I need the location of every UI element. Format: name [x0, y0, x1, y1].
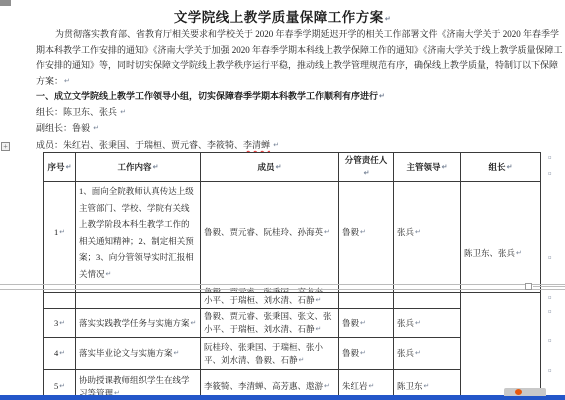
table-cell: 鲁毅: [339, 309, 394, 338]
column-header: 序号: [44, 153, 76, 182]
column-header: 成员: [201, 153, 339, 182]
table-cell: 4: [44, 338, 76, 370]
column-header: 组长: [461, 153, 541, 182]
group-leader-label: 组长：: [36, 107, 63, 117]
row-end-mark: [548, 367, 556, 375]
group-leader-line: 组长：陈卫东、张兵: [36, 105, 126, 118]
table-cell: 鲁毅、贾元睿、阮桂玲、孙海英: [201, 182, 339, 285]
bottom-bar: [0, 395, 565, 400]
table-cell: 1: [44, 182, 76, 285]
table-move-handle-icon[interactable]: [1, 142, 10, 151]
deputy-leader-value: 鲁毅: [72, 123, 90, 133]
table-cell: [394, 293, 461, 309]
table-row: 11、面向全院教师认真传达上级主管部门、学校、学院有关线上教学阶段本科生教学工作…: [44, 182, 541, 285]
column-header: 分管责任人: [339, 153, 394, 182]
page-break-line: [533, 286, 565, 287]
table-cell: 阮桂玲、张秉国、于瑞桓、张小平、刘水清、鲁毅、石静: [201, 338, 339, 370]
page-break-indicator: [0, 284, 565, 291]
intro-line: 期本科教学工作安排的通知》《济南大学关于加强 2020 年春季学期本科线上教学保…: [36, 43, 556, 59]
table-cell: 张兵: [394, 182, 461, 285]
table-row: 小平、于瑞桓、刘水清、石静: [44, 293, 541, 309]
intro-line: 为贯彻落实教育部、省教育厅相关要求和学校关于 2020 年春季学期延迟开学的相关…: [36, 27, 556, 43]
table-cell: 小平、于瑞桓、刘水清、石静: [201, 293, 339, 309]
table-cell: 3: [44, 309, 76, 338]
document-title: 文学院线上教学质量保障工作方案: [0, 6, 565, 26]
row-end-mark: [548, 337, 556, 345]
members-value: 朱红岩、张秉国、于瑞桓、贾元睿、李筱犄、: [63, 140, 243, 150]
work-plan-table-page2: 小平、于瑞桓、刘水清、石静3落实实践教学任务与实施方案鲁毅、贾元睿、张秉国、张文…: [43, 292, 541, 400]
table-cell: 张兵: [394, 309, 461, 338]
row-end-mark: [548, 254, 556, 262]
row-end-mark: [548, 170, 556, 178]
intro-line: 方案：: [36, 74, 556, 90]
column-header: 主管领导: [394, 153, 461, 182]
taskbar-item[interactable]: [504, 388, 546, 396]
table-cell: [461, 293, 541, 400]
intro-line: 作安排的通知》等，同时切实保障文学院线上教学秩序运行平稳，推动线上教学管理规范有…: [36, 58, 556, 74]
document-page: 文学院线上教学质量保障工作方案 为贯彻落实教育部、省教育厅相关要求和学校关于 2…: [0, 0, 565, 400]
page-break-line: [0, 289, 565, 290]
table-cell: 鲁毅、贾元睿、张秉国、张文、张小平、于瑞桓、刘水清、石静: [201, 309, 339, 338]
members-line: 成员：朱红岩、张秉国、于瑞桓、贾元睿、李筱犄、李清蝉: [36, 138, 279, 151]
group-leader-value: 陈卫东、张兵: [63, 107, 117, 117]
document-title-text: 文学院线上教学质量保障工作方案: [174, 10, 384, 25]
page-break-handle: [525, 283, 532, 290]
deputy-leader-line: 副组长：鲁毅: [36, 121, 99, 134]
row-end-mark: [548, 308, 556, 316]
table-cell: 1、面向全院教师认真传达上级主管部门、学校、学院有关线上教学阶段本科生教学工作的…: [76, 182, 201, 285]
page-break-line: [0, 284, 565, 285]
table-cell: 鲁毅: [339, 182, 394, 285]
section-heading: 一、成立文学院线上教学工作领导小组，切实保障春季学期本科教学工作顺利有序进行: [36, 89, 556, 102]
table-cell: [76, 293, 201, 309]
deputy-leader-label: 副组长：: [36, 123, 72, 133]
section-heading-text: 一、成立文学院线上教学工作领导小组，切实保障春季学期本科教学工作顺利有序进行: [36, 91, 378, 101]
column-header: 工作内容: [76, 153, 201, 182]
table-cell: 张兵: [394, 338, 461, 370]
table-cell: 落实实践教学任务与实施方案: [76, 309, 201, 338]
table-cell: 鲁毅: [339, 338, 394, 370]
table-cell: [44, 293, 76, 309]
row-end-mark: [548, 294, 556, 302]
row-end-mark: [548, 154, 556, 162]
members-misspelled-name: 李清蝉: [243, 140, 270, 150]
table-cell: [339, 293, 394, 309]
intro-paragraph: 为贯彻落实教育部、省教育厅相关要求和学校关于 2020 年春季学期延迟开学的相关…: [36, 27, 556, 89]
table-header-row: 序号工作内容成员分管责任人主管领导组长: [44, 153, 541, 182]
members-label: 成员：: [36, 140, 63, 150]
app-icon: [515, 389, 522, 395]
table-cell: 落实毕业论文与实施方案: [76, 338, 201, 370]
